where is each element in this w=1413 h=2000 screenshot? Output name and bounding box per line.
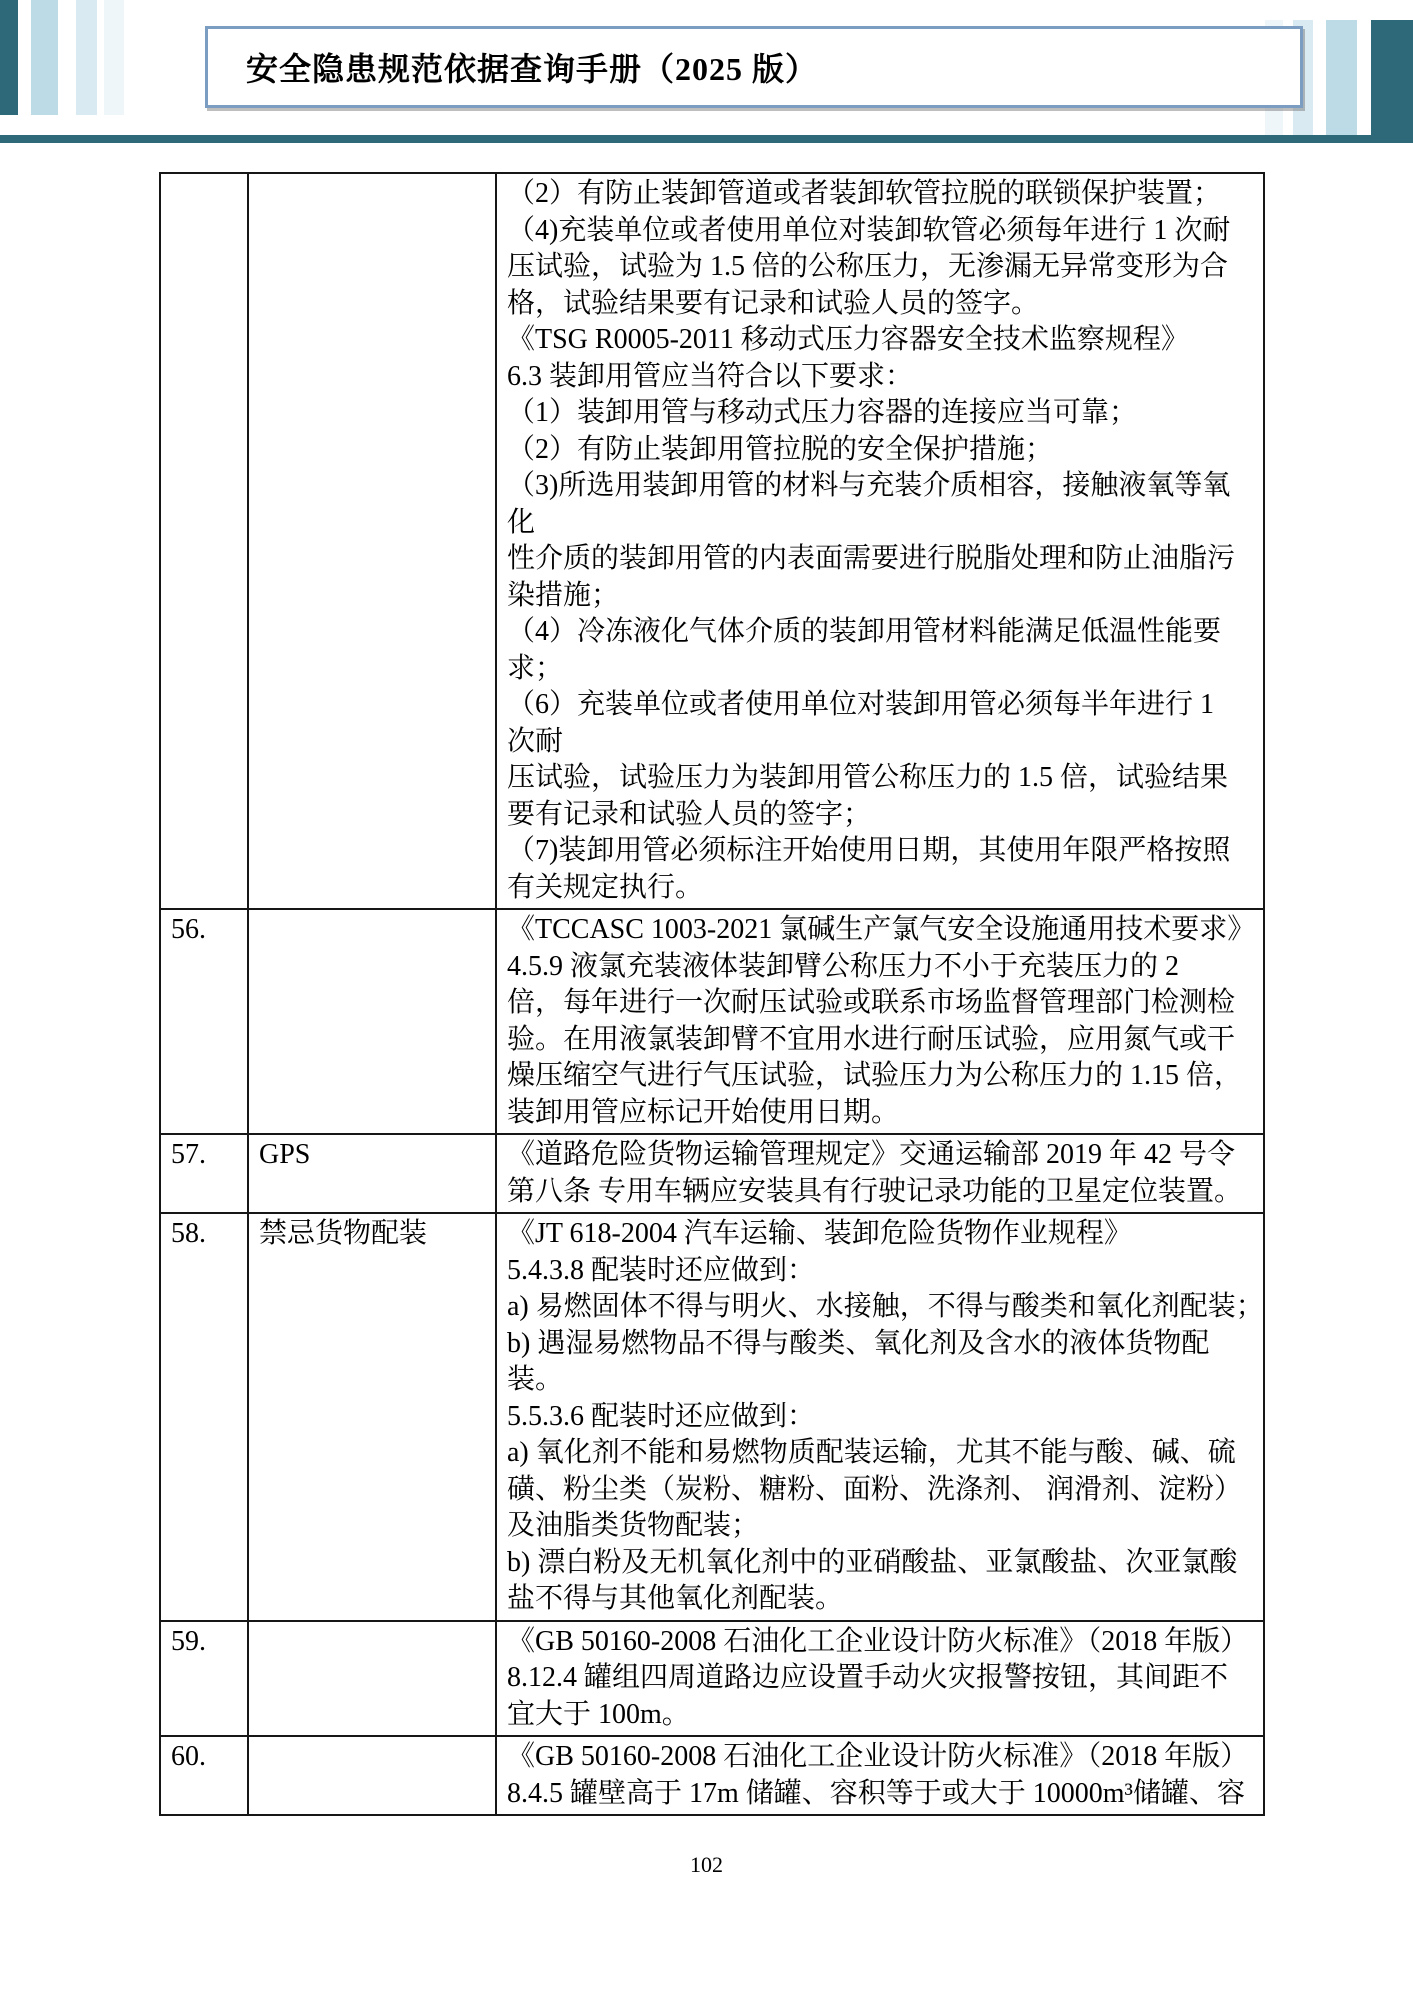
row-regulation-text: （2）有防止装卸管道或者装卸软管拉脱的联锁保护装置；（4)充装单位或者使用单位对… xyxy=(496,173,1264,909)
row-regulation-text: 《GB 50160-2008 石油化工企业设计防火标准》（2018 年版）8.1… xyxy=(496,1621,1264,1737)
text-line: 8.12.4 罐组四周道路边应设置手动火灾报警按钮，其间距不 xyxy=(507,1660,1253,1697)
row-category xyxy=(248,1621,496,1737)
text-line: 《GB 50160-2008 石油化工企业设计防火标准》（2018 年版） xyxy=(507,1739,1253,1776)
text-line: 装。 xyxy=(507,1362,1253,1399)
table-row: （2）有防止装卸管道或者装卸软管拉脱的联锁保护装置；（4)充装单位或者使用单位对… xyxy=(160,173,1264,909)
text-line: 《GB 50160-2008 石油化工企业设计防火标准》（2018 年版） xyxy=(507,1624,1253,1661)
row-number: 56. xyxy=(160,909,248,1134)
text-line: （2）有防止装卸管道或者装卸软管拉脱的联锁保护装置； xyxy=(507,176,1253,213)
text-line: 染措施； xyxy=(507,578,1253,615)
text-line: 第八条 专用车辆应安装具有行驶记录功能的卫星定位装置。 xyxy=(507,1174,1253,1211)
text-line: a) 易燃固体不得与明火、水接触，不得与酸类和氧化剂配装； xyxy=(507,1289,1253,1326)
text-line: b) 漂白粉及无机氧化剂中的亚硝酸盐、亚氯酸盐、次亚氯酸 xyxy=(507,1545,1253,1582)
text-line: （4）冷冻液化气体介质的装卸用管材料能满足低温性能要 xyxy=(507,614,1253,651)
text-line: 格，试验结果要有记录和试验人员的签字。 xyxy=(507,286,1253,323)
page-title: 安全隐患规范依据查询手册（2025 版） xyxy=(208,44,818,90)
text-line: （4)充装单位或者使用单位对装卸软管必须每年进行 1 次耐 xyxy=(507,213,1253,250)
row-number: 60. xyxy=(160,1736,248,1815)
text-line: 燥压缩空气进行气压试验，试验压力为公称压力的 1.15 倍， xyxy=(507,1058,1253,1095)
text-line: 6.3 装卸用管应当符合以下要求： xyxy=(507,359,1253,396)
table-row: 57.GPS《道路危险货物运输管理规定》交通运输部 2019 年 42 号令第八… xyxy=(160,1134,1264,1213)
text-line: （2）有防止装卸用管拉脱的安全保护措施； xyxy=(507,432,1253,469)
text-line: 验。在用液氯装卸臂不宜用水进行耐压试验，应用氮气或干 xyxy=(507,1022,1253,1059)
row-category xyxy=(248,173,496,909)
text-line: 《道路危险货物运输管理规定》交通运输部 2019 年 42 号令 xyxy=(507,1137,1253,1174)
row-number: 57. xyxy=(160,1134,248,1213)
text-line: 5.5.3.6 配装时还应做到： xyxy=(507,1399,1253,1436)
header-divider-rule xyxy=(0,135,1413,143)
row-number xyxy=(160,173,248,909)
row-regulation-text: 《GB 50160-2008 石油化工企业设计防火标准》（2018 年版）8.4… xyxy=(496,1736,1264,1815)
row-regulation-text: 《JT 618-2004 汽车运输、装卸危险货物作业规程》5.4.3.8 配装时… xyxy=(496,1213,1264,1621)
text-line: 《TCCASC 1003-2021 氯碱生产氯气安全设施通用技术要求》 xyxy=(507,912,1253,949)
text-line: 5.4.3.8 配装时还应做到： xyxy=(507,1253,1253,1290)
row-regulation-text: 《道路危险货物运输管理规定》交通运输部 2019 年 42 号令第八条 专用车辆… xyxy=(496,1134,1264,1213)
row-category: GPS xyxy=(248,1134,496,1213)
header-title-box: 安全隐患规范依据查询手册（2025 版） xyxy=(205,26,1303,108)
text-line: 《JT 618-2004 汽车运输、装卸危险货物作业规程》 xyxy=(507,1216,1253,1253)
page-number: 102 xyxy=(0,1852,1413,1878)
row-regulation-text: 《TCCASC 1003-2021 氯碱生产氯气安全设施通用技术要求》4.5.9… xyxy=(496,909,1264,1134)
text-line: 要有记录和试验人员的签字； xyxy=(507,797,1253,834)
text-line: 磺、粉尘类（炭粉、糖粉、面粉、洗涤剂、 润滑剂、淀粉） xyxy=(507,1472,1253,1509)
text-line: 8.4.5 罐壁高于 17m 储罐、容积等于或大于 10000m³储罐、容 xyxy=(507,1776,1253,1813)
row-category xyxy=(248,909,496,1134)
row-category xyxy=(248,1736,496,1815)
text-line: 装卸用管应标记开始使用日期。 xyxy=(507,1095,1253,1132)
decor-bar-right-dark xyxy=(1371,20,1413,143)
text-line: 次耐 xyxy=(507,724,1253,761)
text-line: （6）充装单位或者使用单位对装卸用管必须每半年进行 1 xyxy=(507,687,1253,724)
text-line: 盐不得与其他氧化剂配装。 xyxy=(507,1581,1253,1618)
table-row: 58.禁忌货物配装《JT 618-2004 汽车运输、装卸危险货物作业规程》5.… xyxy=(160,1213,1264,1621)
row-category: 禁忌货物配装 xyxy=(248,1213,496,1621)
regulations-table: （2）有防止装卸管道或者装卸软管拉脱的联锁保护装置；（4)充装单位或者使用单位对… xyxy=(159,172,1265,1816)
text-line: （1）装卸用管与移动式压力容器的连接应当可靠； xyxy=(507,395,1253,432)
table-row: 60.《GB 50160-2008 石油化工企业设计防火标准》（2018 年版）… xyxy=(160,1736,1264,1815)
decor-bar-right-blue1 xyxy=(1326,20,1357,137)
text-line: （3)所选用装卸用管的材料与充装介质相容，接触液氧等氧 xyxy=(507,468,1253,505)
document-page: 安全隐患规范依据查询手册（2025 版） （2）有防止装卸管道或者装卸软管拉脱的… xyxy=(0,0,1413,2000)
decor-bar-left-blue2 xyxy=(76,0,97,115)
table-row: 59.《GB 50160-2008 石油化工企业设计防火标准》（2018 年版）… xyxy=(160,1621,1264,1737)
text-line: 及油脂类货物配装； xyxy=(507,1508,1253,1545)
text-line: a) 氧化剂不能和易燃物质配装运输，尤其不能与酸、碱、硫 xyxy=(507,1435,1253,1472)
text-line: 4.5.9 液氯充装液体装卸臂公称压力不小于充装压力的 2 xyxy=(507,949,1253,986)
decor-bar-left-dark xyxy=(0,0,18,115)
rules-table-body: （2）有防止装卸管道或者装卸软管拉脱的联锁保护装置；（4)充装单位或者使用单位对… xyxy=(160,173,1264,1815)
text-line: 压试验，试验压力为装卸用管公称压力的 1.5 倍，试验结果 xyxy=(507,760,1253,797)
row-number: 59. xyxy=(160,1621,248,1737)
text-line: 求； xyxy=(507,651,1253,688)
text-line: 倍，每年进行一次耐压试验或联系市场监督管理部门检测检 xyxy=(507,985,1253,1022)
row-number: 58. xyxy=(160,1213,248,1621)
text-line: 性介质的装卸用管的内表面需要进行脱脂处理和防止油脂污 xyxy=(507,541,1253,578)
table-row: 56.《TCCASC 1003-2021 氯碱生产氯气安全设施通用技术要求》4.… xyxy=(160,909,1264,1134)
decor-bar-left-blue1 xyxy=(31,0,58,115)
text-line: 宜大于 100m。 xyxy=(507,1697,1253,1734)
text-line: 《TSG R0005-2011 移动式压力容器安全技术监察规程》 xyxy=(507,322,1253,359)
text-line: 化 xyxy=(507,505,1253,542)
text-line: （7)装卸用管必须标注开始使用日期，其使用年限严格按照 xyxy=(507,833,1253,870)
text-line: 有关规定执行。 xyxy=(507,870,1253,907)
text-line: 压试验，试验为 1.5 倍的公称压力，无渗漏无异常变形为合 xyxy=(507,249,1253,286)
text-line: b) 遇湿易燃物品不得与酸类、氧化剂及含水的液体货物配 xyxy=(507,1326,1253,1363)
decor-bar-left-blue3 xyxy=(104,0,124,115)
